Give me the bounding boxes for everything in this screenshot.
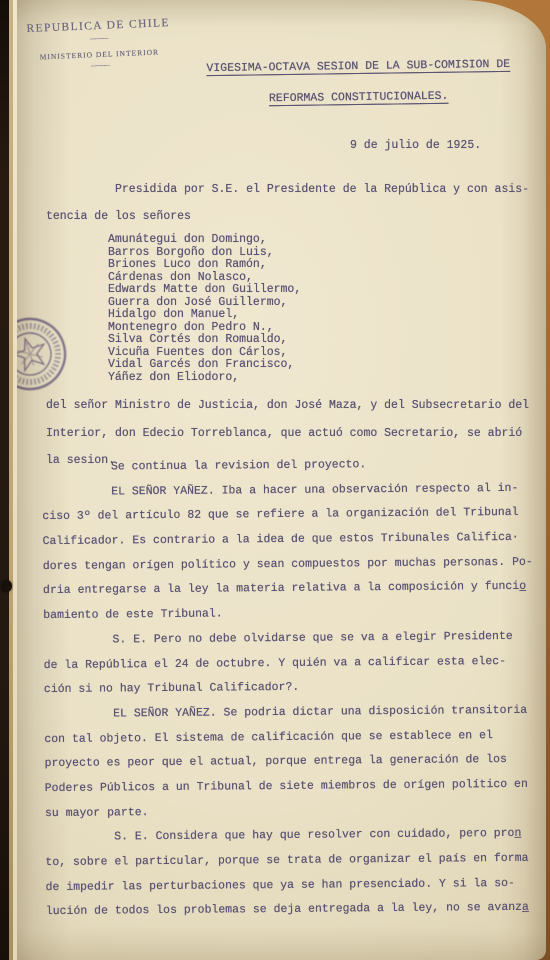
session-title: VIGESIMA-OCTAVA SESION DE LA SUB-COMISIO… [186, 58, 532, 108]
session-title-line1: VIGESIMA-OCTAVA SESION DE LA SUB-COMISIO… [186, 58, 531, 77]
attendee-item: Edwards Matte don Guillermo, [108, 284, 301, 297]
book-binding [0, 0, 9, 960]
typed-line: lución de todos los problemas se deja en… [46, 901, 536, 930]
typed-line: del señor Ministro de Justicia, don José… [46, 392, 529, 420]
body-paragraphs: Se continua la revision del proyecto.EL … [42, 457, 536, 930]
attendee-item: Hidalgo don Manuel, [108, 309, 301, 322]
binding-hole [1, 580, 12, 592]
letterhead: REPUBLICA DE CHILE ———— MINISTERIO DEL I… [23, 17, 175, 73]
session-title-line2: REFORMAS CONSTITUCIONALES. [186, 89, 531, 108]
attendee-item: Briones Luco don Ramón, [108, 259, 301, 272]
page-edge [13, 0, 17, 960]
attendee-item: Yáñez don Eliodoro, [108, 372, 301, 385]
attendee-list: Amunátegui don Domingo,Barros Borgoño do… [108, 234, 301, 385]
photo-of-document: { "colors": { "ink": "#5a5372", "letterh… [0, 0, 550, 960]
typed-line: Presidida por S.E. el Presidente de la R… [46, 183, 529, 210]
intro-paragraph: Presidida por S.E. el Presidente de la R… [46, 183, 529, 238]
session-date: 9 de julio de 1925. [350, 139, 481, 152]
typed-line: Interior, don Edecio Torreblanca, que ac… [46, 420, 529, 448]
document-page: REPUBLICA DE CHILE ———— MINISTERIO DEL I… [0, 0, 546, 960]
attendee-item: Amunátegui don Domingo, [108, 234, 301, 247]
